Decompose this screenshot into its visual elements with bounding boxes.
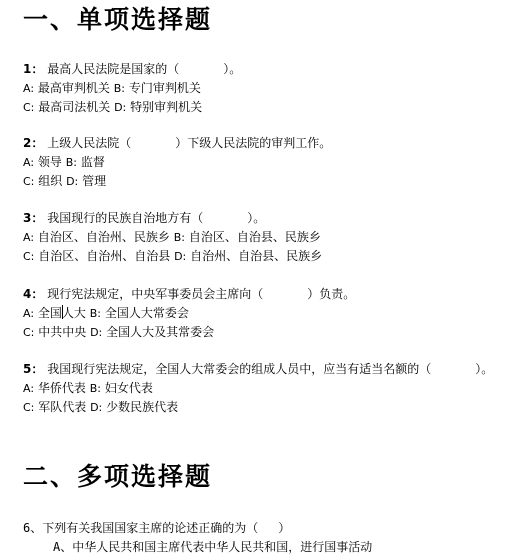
option-text-d: 自治州、自治县、民族乡	[190, 249, 322, 263]
question-3: 3： 我国现行的民族自治地方有（）。 A: 自治区、自治州、民族乡 B: 自治区…	[23, 209, 322, 266]
option-key-c: C:	[23, 101, 34, 114]
option-text-b: 监督	[81, 155, 105, 169]
option-key-d: D:	[66, 175, 78, 188]
question-4: 4： 现行宪法规定，中央军事委员会主席向（）负责。 A: 全国人大 B: 全国人…	[23, 285, 355, 342]
question-1: 1： 最高人民法院是国家的（）。 A: 最高审判机关 B: 专门审判机关 C: …	[23, 60, 241, 117]
question-stem: 6、下列有关我国国家主席的论述正确的为（）	[23, 519, 372, 538]
stem-text: 最高人民法院是国家的（	[47, 62, 179, 76]
option-text-a: 自治区、自治州、民族乡	[38, 230, 170, 244]
option-key-d: D:	[90, 326, 102, 339]
question-stem: 1： 最高人民法院是国家的（）。	[23, 60, 241, 79]
option-text-c: 中共中央	[38, 325, 86, 339]
option-text-a: 最高审判机关	[38, 81, 110, 95]
option-text-a: 领导	[38, 155, 62, 169]
question-2: 2： 上级人民法院（）下级人民法院的审判工作。 A: 领导 B: 监督 C: 组…	[23, 134, 331, 191]
option-key-d: D:	[174, 250, 186, 263]
options-row-ab: A: 华侨代表 B: 妇女代表	[23, 379, 493, 398]
option-text-d: 管理	[82, 174, 106, 188]
option-text-a-part2: 人大	[62, 306, 86, 320]
option-text-c: 自治区、自治州、自治县	[38, 249, 170, 263]
question-stem: 2： 上级人民法院（）下级人民法院的审判工作。	[23, 134, 331, 153]
question-stem: 3： 我国现行的民族自治地方有（）。	[23, 209, 322, 228]
option-key-a: A:	[23, 382, 34, 395]
stem-text: 我国现行的民族自治地方有（	[47, 211, 203, 225]
option-text-d: 少数民族代表	[106, 400, 178, 414]
option-text-b: 全国人大常委会	[105, 306, 189, 320]
option-text-a: 中华人民共和国主席代表中华人民共和国，进行国事活动	[72, 540, 372, 554]
stem-text: 上级人民法院（	[47, 136, 131, 150]
options-row-cd: C: 自治区、自治州、自治县 D: 自治州、自治县、民族乡	[23, 247, 322, 266]
option-key-c: C:	[23, 401, 34, 414]
options-row-ab: A: 自治区、自治州、民族乡 B: 自治区、自治县、民族乡	[23, 228, 322, 247]
option-key-a: A:	[23, 82, 34, 95]
option-key-b: B:	[66, 156, 77, 169]
options-row-ab: A: 领导 B: 监督	[23, 153, 331, 172]
option-key-b: B:	[90, 307, 101, 320]
question-stem: 5： 我国现行宪法规定，全国人大常委会的组成人员中，应当有适当名额的（）。	[23, 360, 493, 379]
options-row-cd: C: 中共中央 D: 全国人大及其常委会	[23, 323, 355, 342]
option-text-c: 军队代表	[38, 400, 86, 414]
question-6: 6、下列有关我国国家主席的论述正确的为（） A、中华人民共和国主席代表中华人民共…	[23, 519, 372, 557]
option-key-c: C:	[23, 175, 34, 188]
option-key-b: B:	[114, 82, 125, 95]
option-text-c: 最高司法机关	[38, 100, 110, 114]
section-title-single-choice: 一、单项选择题	[23, 5, 212, 35]
option-text-c: 组织	[38, 174, 62, 188]
stem-text: 下列有关我国国家主席的论述正确的为（	[42, 521, 258, 535]
option-text-d: 特别审判机关	[130, 100, 202, 114]
option-key-c: C:	[23, 250, 34, 263]
option-text-a-part1: 全国	[38, 306, 62, 320]
option-key-d: D:	[90, 401, 102, 414]
option-key-a: A:	[23, 307, 34, 320]
option-text-b: 专门审判机关	[129, 81, 201, 95]
option-key-a: A、	[53, 540, 72, 554]
option-key-b: B:	[174, 231, 185, 244]
options-row-ab: A: 最高审判机关 B: 专门审判机关	[23, 79, 241, 98]
option-row-a: A、中华人民共和国主席代表中华人民共和国，进行国事活动	[23, 538, 372, 557]
stem-text: 现行宪法规定，中央军事委员会主席向（	[47, 287, 263, 301]
option-key-c: C:	[23, 326, 34, 339]
option-key-b: B:	[90, 382, 101, 395]
options-row-cd: C: 军队代表 D: 少数民族代表	[23, 398, 493, 417]
options-row-ab: A: 全国人大 B: 全国人大常委会	[23, 304, 355, 323]
options-row-cd: C: 最高司法机关 D: 特别审判机关	[23, 98, 241, 117]
option-text-b: 妇女代表	[105, 381, 153, 395]
stem-text: 我国现行宪法规定，全国人大常委会的组成人员中，应当有适当名额的（	[47, 362, 431, 376]
option-text-a: 华侨代表	[38, 381, 86, 395]
option-text-b: 自治区、自治县、民族乡	[189, 230, 321, 244]
option-key-a: A:	[23, 231, 34, 244]
option-key-a: A:	[23, 156, 34, 169]
question-stem: 4： 现行宪法规定，中央军事委员会主席向（）负责。	[23, 285, 355, 304]
option-text-d: 全国人大及其常委会	[106, 325, 214, 339]
question-5: 5： 我国现行宪法规定，全国人大常委会的组成人员中，应当有适当名额的（）。 A:…	[23, 360, 493, 417]
option-key-d: D:	[114, 101, 126, 114]
section-title-multiple-choice: 二、多项选择题	[23, 462, 212, 492]
options-row-cd: C: 组织 D: 管理	[23, 172, 331, 191]
